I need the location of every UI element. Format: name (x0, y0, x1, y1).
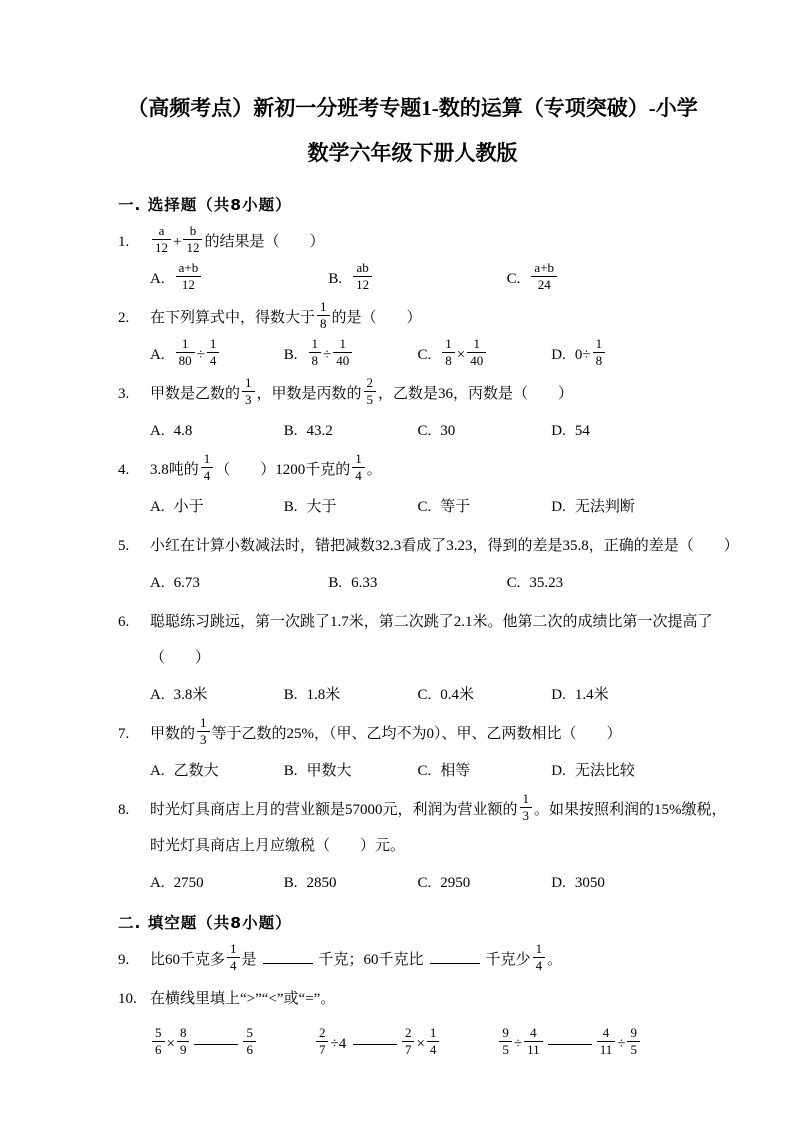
fraction: 13 (197, 716, 210, 748)
fraction-denominator: 11 (524, 1042, 543, 1058)
text-run: （ ） (150, 650, 210, 666)
option-label: C. (507, 565, 521, 601)
question-number: 9. (118, 942, 150, 978)
fraction: 14 (352, 452, 365, 484)
question-2: 2.在下列算式中，得数大于18的是（ ）A.180÷14B.18÷140C.18… (118, 300, 735, 373)
fraction: 14 (533, 942, 546, 974)
option-content: 1.4米 (575, 677, 609, 713)
option-label: B. (284, 753, 298, 789)
option-content: 2850 (307, 865, 337, 901)
options-row: A.4.8B.43.2C.30D.54 (150, 413, 685, 449)
fraction: 411 (597, 1026, 616, 1058)
fraction-numerator: 1 (227, 942, 240, 958)
text-run: 甲数是乙数的 (150, 386, 240, 402)
fraction: a12 (152, 224, 171, 256)
fraction-denominator: 12 (183, 240, 202, 256)
question-number: 10. (118, 981, 150, 1067)
fraction-denominator: 4 (427, 1042, 440, 1058)
option-label: D. (551, 413, 566, 449)
text-run: 在横线里填上“>”“<”或“=”。 (150, 991, 335, 1007)
text-run: 3.8米 (174, 677, 208, 713)
answer-blank (548, 1044, 592, 1045)
option-label: A. (150, 489, 165, 525)
fraction-numerator: 1 (533, 942, 546, 958)
fraction-denominator: 4 (201, 468, 214, 484)
text-run: 43.2 (307, 413, 333, 449)
fraction-numerator: 9 (499, 1026, 512, 1042)
option-A: A.乙数大 (150, 753, 284, 789)
option-B: B.43.2 (284, 413, 418, 449)
expression-group: 56×8956 (150, 1021, 258, 1067)
question-body: 在下列算式中，得数大于18的是（ ）A.180÷14B.18÷140C.18×1… (150, 300, 735, 373)
fraction: 13 (242, 376, 255, 408)
text-run: 无法比较 (575, 753, 635, 789)
text-run: ，乙数是36，丙数是（ ） (378, 386, 573, 402)
option-content: 2950 (440, 865, 470, 901)
option-label: B. (284, 413, 298, 449)
fraction: 27 (402, 1026, 415, 1058)
option-content: 3050 (575, 865, 605, 901)
fraction-denominator: 6 (243, 1042, 256, 1058)
question-9: 9.比60千克多14是千克；60千克比千克少14。 (118, 942, 735, 978)
option-content: 甲数大 (307, 753, 352, 789)
option-C: C.相等 (418, 753, 552, 789)
text-run: ÷ (617, 1021, 625, 1067)
text-run: 6.73 (174, 565, 200, 601)
fraction-numerator: 1 (442, 337, 455, 353)
fraction-denominator: 3 (520, 808, 533, 824)
option-label: C. (418, 865, 432, 901)
fraction-denominator: 8 (593, 353, 606, 369)
fraction: 14 (201, 452, 214, 484)
question-stem: a12+b12的结果是（ ） (150, 224, 735, 260)
fraction-numerator: 4 (524, 1026, 543, 1042)
option-content: 6.33 (351, 565, 377, 601)
text-run: 。 (367, 462, 382, 478)
option-label: C. (418, 337, 432, 373)
text-run: 等于 (440, 489, 470, 525)
fraction: 18 (317, 300, 330, 332)
answer-blank (194, 1044, 238, 1045)
option-C: C.18×140 (418, 337, 552, 373)
fraction-denominator: 40 (333, 353, 352, 369)
option-A: A.4.8 (150, 413, 284, 449)
option-content: 4.8 (174, 413, 193, 449)
text-run: 时光灯具商店上月的营业额是57000元，利润为营业额的 (150, 802, 518, 818)
fraction-denominator: 8 (309, 353, 322, 369)
question-1: 1.a12+b12的结果是（ ）A.a+b12B.ab12C.a+b24 (118, 224, 735, 297)
text-run: ÷ (514, 1021, 522, 1067)
worksheet-page: （高频考点）新初一分班考专题1-数的运算（专项突破）-小学 数学六年级下册人教版… (0, 0, 793, 1122)
options-row: A.a+b12B.ab12C.a+b24 (150, 261, 685, 297)
fraction-denominator: 5 (364, 392, 377, 408)
fraction-denominator: 11 (597, 1042, 616, 1058)
question-number: 5. (118, 528, 150, 601)
option-content: 大于 (307, 489, 337, 525)
option-content: 相等 (440, 753, 470, 789)
text-run: 0.4米 (440, 677, 474, 713)
fraction-denominator: 80 (176, 353, 195, 369)
question-body: 聪聪练习跳远，第一次跳了1.7米，第二次跳了2.1米。他第二次的成绩比第一次提高… (150, 604, 735, 713)
text-run: 2750 (174, 865, 204, 901)
option-content: 18×140 (440, 337, 488, 373)
option-B: B.1.8米 (284, 677, 418, 713)
text-run: 0÷ (575, 337, 591, 373)
answer-blank (263, 950, 313, 964)
option-D: D.3050 (551, 865, 685, 901)
fraction-numerator: 8 (177, 1026, 190, 1042)
option-D: D.无法判断 (551, 489, 685, 525)
expression-group: 27÷4 27×14 (314, 1021, 441, 1067)
fraction: 95 (499, 1026, 512, 1058)
option-content: 180÷14 (174, 337, 222, 373)
fraction-denominator: 12 (152, 240, 171, 256)
fraction-numerator: a+b (531, 261, 557, 277)
text-run: 2850 (307, 865, 337, 901)
fraction-numerator: 5 (152, 1026, 165, 1042)
fraction-denominator: 6 (152, 1042, 165, 1058)
text-run: ，甲数是丙数的 (257, 386, 362, 402)
option-label: A. (150, 865, 165, 901)
text-run: 在下列算式中，得数大于 (150, 310, 315, 326)
question-body: 时光灯具商店上月的营业额是57000元，利润为营业额的13。如果按照利润的15%… (150, 792, 735, 901)
fraction-numerator: 5 (243, 1026, 256, 1042)
text-run: 的是（ ） (332, 310, 422, 326)
title-line-2: 数学六年级下册人教版 (90, 131, 735, 176)
options-row: A.3.8米B.1.8米C.0.4米D.1.4米 (150, 677, 685, 713)
question-number: 8. (118, 792, 150, 901)
fraction-numerator: 1 (207, 337, 220, 353)
fraction-numerator: 1 (197, 716, 210, 732)
text-run: 大于 (307, 489, 337, 525)
option-label: D. (551, 677, 566, 713)
fraction-numerator: 1 (242, 376, 255, 392)
option-label: B. (328, 261, 342, 297)
question-body: 甲数的13等于乙数的25%，（甲、乙均不为0）、甲、乙两数相比（ ）A.乙数大B… (150, 716, 735, 789)
fraction: ab12 (353, 261, 372, 293)
text-run: 的结果是（ ） (204, 234, 324, 250)
text-run: 30 (440, 413, 455, 449)
fraction-denominator: 4 (352, 468, 365, 484)
option-A: A.180÷14 (150, 337, 284, 373)
sections-container: 一. 选择题（共8小题）1.a12+b12的结果是（ ）A.a+b12B.ab1… (118, 186, 735, 1067)
option-label: B. (328, 565, 342, 601)
fraction-numerator: 1 (201, 452, 214, 468)
text-run: 聪聪练习跳远，第一次跳了1.7米，第二次跳了2.1米。他第二次的成绩比第一次提高… (150, 614, 713, 630)
option-content: 18÷140 (307, 337, 355, 373)
option-label: C. (418, 413, 432, 449)
option-D: D.54 (551, 413, 685, 449)
fraction-denominator: 3 (197, 732, 210, 748)
option-content: 54 (575, 413, 590, 449)
text-run: 3.8吨的 (150, 462, 199, 478)
text-run: 无法判断 (575, 489, 635, 525)
option-D: D.0÷18 (551, 337, 685, 373)
fraction-numerator: 2 (316, 1026, 329, 1042)
fraction: 18 (442, 337, 455, 369)
option-label: C. (418, 489, 432, 525)
fraction-numerator: a+b (176, 261, 202, 277)
fraction-denominator: 4 (533, 958, 546, 974)
option-label: C. (418, 753, 432, 789)
option-C: C.等于 (418, 489, 552, 525)
text-run: × (167, 1021, 175, 1067)
text-run: 是 (242, 952, 257, 968)
option-A: A.3.8米 (150, 677, 284, 713)
fraction: 14 (207, 337, 220, 369)
fraction-numerator: 1 (176, 337, 195, 353)
option-D: D.无法比较 (551, 753, 685, 789)
fraction-numerator: 2 (364, 376, 377, 392)
question-7: 7.甲数的13等于乙数的25%，（甲、乙均不为0）、甲、乙两数相比（ ）A.乙数… (118, 716, 735, 789)
fraction-numerator: 9 (627, 1026, 640, 1042)
option-label: D. (551, 865, 566, 901)
fraction: 56 (243, 1026, 256, 1058)
fraction-numerator: 4 (597, 1026, 616, 1042)
question-4: 4.3.8吨的14（ ）1200千克的14。A.小于B.大于C.等于D.无法判断 (118, 452, 735, 525)
fraction: 27 (316, 1026, 329, 1058)
fraction: 13 (520, 792, 533, 824)
fraction: 89 (177, 1026, 190, 1058)
option-B: B.甲数大 (284, 753, 418, 789)
option-content: 无法判断 (575, 489, 635, 525)
question-stem: 小红在计算小数减法时，错把减数32.3看成了3.23，得到的差是35.8，正确的… (150, 528, 735, 564)
fraction: 140 (467, 337, 486, 369)
fraction-denominator: 40 (467, 353, 486, 369)
fraction-numerator: 1 (520, 792, 533, 808)
option-label: B. (284, 677, 298, 713)
option-content: a+b24 (529, 262, 559, 297)
options-row: A.乙数大B.甲数大C.相等D.无法比较 (150, 753, 685, 789)
text-run: 甲数大 (307, 753, 352, 789)
option-label: D. (551, 753, 566, 789)
fraction-denominator: 5 (499, 1042, 512, 1058)
option-content: 0÷18 (575, 337, 607, 373)
question-number: 3. (118, 376, 150, 449)
question-number: 2. (118, 300, 150, 373)
text-run: 小于 (174, 489, 204, 525)
question-number: 7. (118, 716, 150, 789)
option-B: B.ab12 (328, 261, 506, 297)
expression-row: 56×895627÷4 27×1495÷411411÷95 (150, 1021, 735, 1067)
text-run: ÷4 (330, 1021, 349, 1067)
text-run: 乙数大 (174, 753, 219, 789)
question-stem: 比60千克多14是千克；60千克比千克少14。 (150, 942, 735, 978)
section-heading: 二. 填空题（共8小题） (118, 904, 735, 942)
option-label: A. (150, 753, 165, 789)
option-content: 43.2 (307, 413, 333, 449)
fraction-numerator: b (183, 224, 202, 240)
fraction-denominator: 12 (176, 277, 202, 293)
text-run: 3050 (575, 865, 605, 901)
fraction-denominator: 7 (316, 1042, 329, 1058)
option-content: 0.4米 (440, 677, 474, 713)
fraction-numerator: 1 (427, 1026, 440, 1042)
fraction-numerator: a (152, 224, 171, 240)
option-content: a+b12 (174, 262, 204, 297)
text-run: 。如果按照利润的15%缴税， (534, 802, 727, 818)
option-content: 30 (440, 413, 455, 449)
option-content: 3.8米 (174, 677, 208, 713)
fraction: 140 (333, 337, 352, 369)
option-label: A. (150, 413, 165, 449)
option-label: B. (284, 337, 298, 373)
answer-blank (353, 1044, 397, 1045)
question-body: 甲数是乙数的13，甲数是丙数的25，乙数是36，丙数是（ ）A.4.8B.43.… (150, 376, 735, 449)
question-stem: 甲数是乙数的13，甲数是丙数的25，乙数是36，丙数是（ ） (150, 376, 735, 412)
question-5: 5.小红在计算小数减法时，错把减数32.3看成了3.23，得到的差是35.8，正… (118, 528, 735, 601)
text-run: 35.23 (529, 565, 563, 601)
option-label: D. (551, 337, 566, 373)
fraction: b12 (183, 224, 202, 256)
option-B: B.18÷140 (284, 337, 418, 373)
option-content: 乙数大 (174, 753, 219, 789)
fraction: 18 (309, 337, 322, 369)
fraction-numerator: ab (353, 261, 372, 277)
fraction-numerator: 1 (467, 337, 486, 353)
text-run: 甲数的 (150, 726, 195, 742)
fraction-denominator: 5 (627, 1042, 640, 1058)
question-body: 小红在计算小数减法时，错把减数32.3看成了3.23，得到的差是35.8，正确的… (150, 528, 735, 601)
text-run: 。 (547, 952, 562, 968)
fraction-denominator: 24 (531, 277, 557, 293)
options-row: A.6.73B.6.33C.35.23 (150, 565, 685, 601)
option-A: A.6.73 (150, 565, 328, 601)
option-C: C.30 (418, 413, 552, 449)
question-stem: 甲数的13等于乙数的25%，（甲、乙均不为0）、甲、乙两数相比（ ） (150, 716, 735, 752)
fraction-denominator: 7 (402, 1042, 415, 1058)
fraction-denominator: 3 (242, 392, 255, 408)
option-content: 35.23 (529, 565, 563, 601)
fraction-denominator: 12 (353, 277, 372, 293)
document-title: （高频考点）新初一分班考专题1-数的运算（专项突破）-小学 数学六年级下册人教版 (90, 86, 735, 176)
question-3: 3.甲数是乙数的13，甲数是丙数的25，乙数是36，丙数是（ ）A.4.8B.4… (118, 376, 735, 449)
text-run: （ ）1200千克的 (215, 462, 350, 478)
fraction-denominator: 9 (177, 1042, 190, 1058)
option-label: A. (150, 677, 165, 713)
option-content: 无法比较 (575, 753, 635, 789)
text-run: ÷ (323, 337, 331, 373)
option-label: C. (418, 677, 432, 713)
answer-blank (430, 950, 480, 964)
text-run: 时光灯具商店上月应缴税（ ）元。 (150, 838, 405, 854)
fraction-denominator: 4 (207, 353, 220, 369)
text-run: 1.4米 (575, 677, 609, 713)
fraction-denominator: 8 (317, 316, 330, 332)
fraction: 411 (524, 1026, 543, 1058)
text-run: 等于乙数的25%，（甲、乙均不为0）、甲、乙两数相比（ ） (212, 726, 622, 742)
text-run: 千克；60千克比 (319, 952, 424, 968)
question-6: 6.聪聪练习跳远，第一次跳了1.7米，第二次跳了2.1米。他第二次的成绩比第一次… (118, 604, 735, 713)
option-D: D.1.4米 (551, 677, 685, 713)
option-C: C.35.23 (507, 565, 685, 601)
option-content: 2750 (174, 865, 204, 901)
option-content: 1.8米 (307, 677, 341, 713)
question-stem: 3.8吨的14（ ）1200千克的14。 (150, 452, 735, 488)
fraction: 25 (364, 376, 377, 408)
fraction-numerator: 2 (402, 1026, 415, 1042)
text-run: + (173, 234, 181, 250)
options-row: A.180÷14B.18÷140C.18×140D.0÷18 (150, 337, 685, 373)
text-run: 2950 (440, 865, 470, 901)
option-label: B. (284, 865, 298, 901)
question-body: 在横线里填上“>”“<”或“=”。56×895627÷4 27×1495÷411… (150, 981, 735, 1067)
options-row: A.2750B.2850C.2950D.3050 (150, 865, 685, 901)
question-number: 4. (118, 452, 150, 525)
option-A: A.2750 (150, 865, 284, 901)
fraction: a+b12 (176, 261, 202, 293)
option-content: 等于 (440, 489, 470, 525)
fraction-numerator: 1 (352, 452, 365, 468)
text-run: 54 (575, 413, 590, 449)
option-label: A. (150, 565, 165, 601)
question-number: 1. (118, 224, 150, 297)
option-label: D. (551, 489, 566, 525)
text-run: 比60千克多 (150, 952, 225, 968)
fraction-denominator: 8 (442, 353, 455, 369)
question-10: 10.在横线里填上“>”“<”或“=”。56×895627÷4 27×1495÷… (118, 981, 735, 1067)
question-stem: 在横线里填上“>”“<”或“=”。 (150, 981, 735, 1017)
question-body: 3.8吨的14（ ）1200千克的14。A.小于B.大于C.等于D.无法判断 (150, 452, 735, 525)
text-run: × (457, 337, 465, 373)
fraction: 180 (176, 337, 195, 369)
fraction-numerator: 1 (333, 337, 352, 353)
expression-group: 95÷411411÷95 (497, 1021, 642, 1067)
options-row: A.小于B.大于C.等于D.无法判断 (150, 489, 685, 525)
question-body: a12+b12的结果是（ ）A.a+b12B.ab12C.a+b24 (150, 224, 735, 297)
fraction: 18 (593, 337, 606, 369)
fraction: 14 (227, 942, 240, 974)
fraction: a+b24 (531, 261, 557, 293)
option-label: A. (150, 337, 165, 373)
text-run: × (416, 1021, 424, 1067)
fraction-numerator: 1 (317, 300, 330, 316)
text-run: 千克少 (486, 952, 531, 968)
fraction: 95 (627, 1026, 640, 1058)
text-run: 1.8米 (307, 677, 341, 713)
title-line-1: （高频考点）新初一分班考专题1-数的运算（专项突破）-小学 (90, 86, 735, 131)
option-label: B. (284, 489, 298, 525)
question-stem: 在下列算式中，得数大于18的是（ ） (150, 300, 735, 336)
question-stem: 聪聪练习跳远，第一次跳了1.7米，第二次跳了2.1米。他第二次的成绩比第一次提高… (150, 604, 735, 676)
question-8: 8.时光灯具商店上月的营业额是57000元，利润为营业额的13。如果按照利润的1… (118, 792, 735, 901)
option-content: ab12 (351, 262, 374, 297)
text-run: 6.33 (351, 565, 377, 601)
option-label: C. (507, 261, 521, 297)
fraction-numerator: 1 (593, 337, 606, 353)
text-run: 4.8 (174, 413, 193, 449)
option-A: A.小于 (150, 489, 284, 525)
fraction-denominator: 4 (227, 958, 240, 974)
option-B: B.2850 (284, 865, 418, 901)
option-C: C.2950 (418, 865, 552, 901)
section-heading: 一. 选择题（共8小题） (118, 186, 735, 224)
option-B: B.大于 (284, 489, 418, 525)
fraction-numerator: 1 (309, 337, 322, 353)
option-content: 6.73 (174, 565, 200, 601)
option-C: C.a+b24 (507, 261, 685, 297)
option-content: 小于 (174, 489, 204, 525)
text-run: 相等 (440, 753, 470, 789)
fraction: 56 (152, 1026, 165, 1058)
fraction: 14 (427, 1026, 440, 1058)
question-stem: 时光灯具商店上月的营业额是57000元，利润为营业额的13。如果按照利润的15%… (150, 792, 735, 864)
text-run: 小红在计算小数减法时，错把减数32.3看成了3.23，得到的差是35.8，正确的… (150, 538, 739, 554)
option-label: A. (150, 261, 165, 297)
question-body: 比60千克多14是千克；60千克比千克少14。 (150, 942, 735, 978)
text-run: ÷ (197, 337, 205, 373)
option-B: B.6.33 (328, 565, 506, 601)
